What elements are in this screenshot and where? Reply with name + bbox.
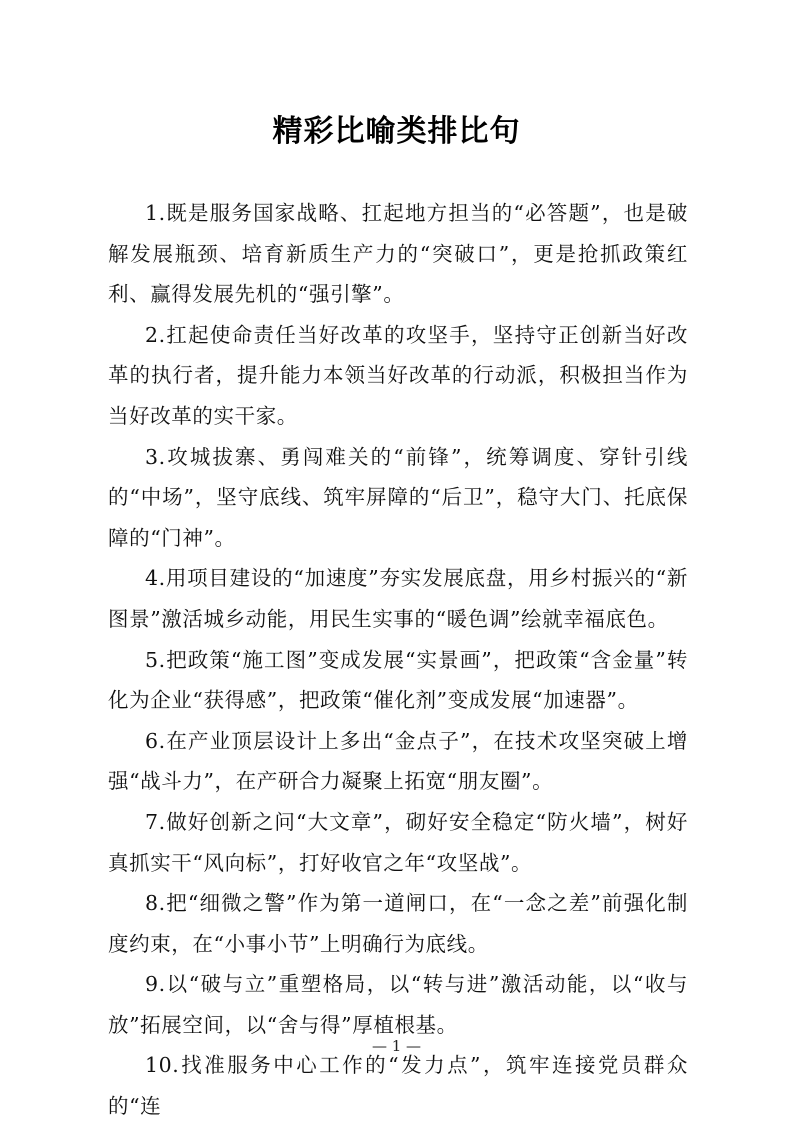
page-number: — 1 — — [0, 1036, 793, 1056]
document-title: 精彩比喻类排比句 — [0, 110, 793, 154]
paragraph-4: 4.用项目建设的“加速度”夯实发展底盘，用乡村振兴的“新图景”激活城乡动能，用民… — [108, 558, 688, 639]
paragraph-5: 5.把政策“施工图”变成发展“实景画”，把政策“含金量”转化为企业“获得感”，把… — [108, 640, 688, 721]
document-body: 1.既是服务国家战略、扛起地方担当的“必答题”，也是破解发展瓶颈、培育新质生产力… — [108, 193, 688, 1122]
paragraph-3: 3.攻城拔寨、勇闯难关的“前锋”，统筹调度、穿针引线的“中场”，坚守底线、筑牢屏… — [108, 437, 688, 559]
paragraph-1: 1.既是服务国家战略、扛起地方担当的“必答题”，也是破解发展瓶颈、培育新质生产力… — [108, 193, 688, 315]
paragraph-10: 10.找准服务中心工作的“发力点”，筑牢连接党员群众的“连 — [108, 1045, 688, 1122]
paragraph-9: 9.以“破与立”重塑格局，以“转与进”激活动能，以“收与放”拓展空间，以“舍与得… — [108, 964, 688, 1045]
paragraph-6: 6.在产业顶层设计上多出“金点子”，在技术攻坚突破上增强“战斗力”，在产研合力凝… — [108, 721, 688, 802]
paragraph-8: 8.把“细微之警”作为第一道闸口，在“一念之差”前强化制度约束，在“小事小节”上… — [108, 883, 688, 964]
paragraph-2: 2.扛起使命责任当好改革的攻坚手，坚持守正创新当好改革的执行者，提升能力本领当好… — [108, 315, 688, 437]
document-page: 精彩比喻类排比句 1.既是服务国家战略、扛起地方担当的“必答题”，也是破解发展瓶… — [0, 0, 793, 1122]
paragraph-7: 7.做好创新之问“大文章”，砌好安全稳定“防火墙”，树好真抓实干“风向标”，打好… — [108, 802, 688, 883]
